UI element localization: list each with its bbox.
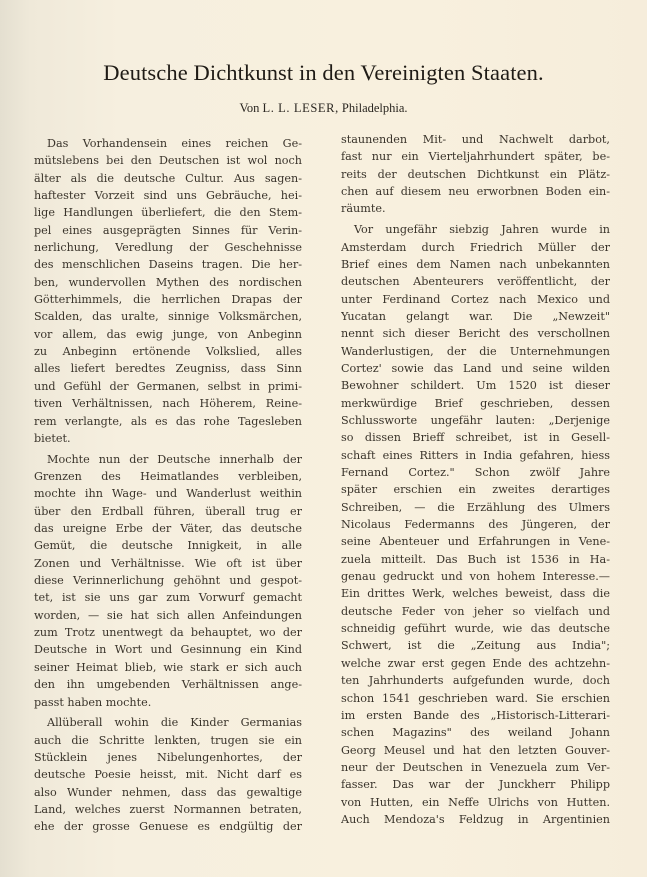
text-line: worden, — sie hat sich allen Anfeindunge…: [34, 607, 302, 624]
text-line: von Hutten, ein Neffe Ulrichs von Hutten…: [341, 794, 610, 811]
text-line: mütslebens bei den Deutschen ist wol noc…: [34, 152, 302, 169]
text-line: im ersten Bande des „Historisch-Litterar…: [341, 707, 610, 724]
text-line: seine Abenteuer und Erfahrungen in Vene-: [341, 533, 610, 550]
text-line: zum Trotz unentwegt da behauptet, wo der: [34, 624, 302, 641]
text-line: den ihn umgebenden Verhältnissen ange-: [34, 676, 302, 693]
text-line: später erschien ein zweites derartiges: [341, 481, 610, 498]
text-line: fast nur ein Vierteljahrhundert später, …: [341, 148, 610, 165]
text-line: genau gedruckt und von hohem Interesse.—: [341, 568, 610, 585]
text-line: ben, wundervollen Mythen des nordischen: [34, 274, 302, 291]
text-line: also Wunder nehmen, dass das gewaltige: [34, 784, 302, 801]
text-line: Cortez' sowie das Land und seine wilden: [341, 360, 610, 377]
text-line: schaft eines Ritters in India gefahren, …: [341, 447, 610, 464]
text-line: Yucatan gelangt war. Die „Newzeit": [341, 308, 610, 325]
text-line: lige Handlungen überliefert, die den Ste…: [34, 204, 302, 221]
text-line: merkwürdige Brief geschrieben, dessen: [341, 395, 610, 412]
text-line: so dissen Brieff schreibet, ist in Gesel…: [341, 429, 610, 446]
byline-author: L. L. LESER,: [263, 101, 339, 115]
text-line: haftester Vorzeit sind uns Gebräuche, he…: [34, 187, 302, 204]
text-line: nennt sich dieser Bericht des verscholln…: [341, 325, 610, 342]
right-column: staunenden Mit- und Nachwelt darbot,fast…: [341, 131, 610, 832]
text-line: Schwert, ist die „Zeitung aus India";: [341, 637, 610, 654]
text-line: Schlussworte ungefähr lauten: „Derjenige: [341, 412, 610, 429]
text-line: auch die Schritte lenkten, trugen sie ei…: [34, 732, 302, 749]
text-line: Vor ungefähr siebzig Jahren wurde in: [341, 221, 610, 238]
text-line: ten Jahrhunderts aufgefunden wurde, doch: [341, 672, 610, 689]
text-line: Amsterdam durch Friedrich Müller der: [341, 239, 610, 256]
paragraph: Das Vorhandensein eines reichen Ge-mütsl…: [34, 135, 302, 447]
byline: Von L. L. LESER, Philadelphia.: [0, 101, 647, 116]
text-line: Mochte nun der Deutsche innerhalb der: [34, 451, 302, 468]
text-line: neur der Deutschen in Venezuela zum Ver-: [341, 759, 610, 776]
text-line: räumte.: [341, 200, 610, 217]
text-line: Stücklein jenes Nibelungenhortes, der: [34, 749, 302, 766]
text-line: Das Vorhandensein eines reichen Ge-: [34, 135, 302, 152]
text-line: älter als die deutsche Cultur. Aus sagen…: [34, 170, 302, 187]
text-line: chen auf diesem neu erworbnen Boden ein-: [341, 183, 610, 200]
text-line: Gemüt, die deutsche Innigkeit, in alle: [34, 537, 302, 554]
text-line: rem verlangte, als es das rohe Tageslebe…: [34, 413, 302, 430]
text-line: Scalden, das uralte, sinnige Volksmärche…: [34, 308, 302, 325]
text-line: deutsche Poesie heisst, mit. Nicht darf …: [34, 766, 302, 783]
paragraph: Vor ungefähr siebzig Jahren wurde inAmst…: [341, 221, 610, 828]
text-line: Wanderlustigen, der die Unternehmungen: [341, 343, 610, 360]
text-line: Brief eines dem Namen nach unbekannten: [341, 256, 610, 273]
text-line: Nicolaus Federmanns des Jüngeren, der: [341, 516, 610, 533]
text-line: schen Magazins" des weiland Johann: [341, 724, 610, 741]
text-line: bietet.: [34, 430, 302, 447]
text-line: mochte ihn Wage- und Wanderlust weithin: [34, 485, 302, 502]
text-line: diese Verinnerlichung gehöhnt und gespot…: [34, 572, 302, 589]
text-line: Bewohner schildert. Um 1520 ist dieser: [341, 377, 610, 394]
text-line: schon 1541 geschrieben ward. Sie erschie…: [341, 690, 610, 707]
text-line: zuela mitteilt. Das Buch ist 1536 in Ha-: [341, 551, 610, 568]
text-line: Schreiben, — die Erzählung des Ulmers: [341, 499, 610, 516]
text-line: Land, welches zuerst Normannen betraten,: [34, 801, 302, 818]
scanned-page: Deutsche Dichtkunst in den Vereinigten S…: [0, 0, 647, 877]
text-line: Zonen und Verhältnisse. Wie oft ist über: [34, 555, 302, 572]
text-line: alles liefert beredtes Zeugniss, dass Si…: [34, 360, 302, 377]
text-line: staunenden Mit- und Nachwelt darbot,: [341, 131, 610, 148]
text-line: pel eines ausgeprägten Sinnes für Verin-: [34, 222, 302, 239]
text-line: Allüberall wohin die Kinder Germanias: [34, 714, 302, 731]
text-line: welche zwar erst gegen Ende des achtzehn…: [341, 655, 610, 672]
text-line: zu Anbeginn ertönende Volkslied, alles: [34, 343, 302, 360]
text-line: deutschen Abenteurers veröffentlicht, de…: [341, 273, 610, 290]
text-line: das ureigne Erbe der Väter, das deutsche: [34, 520, 302, 537]
text-line: Götterhimmels, die herrlichen Drapas der: [34, 291, 302, 308]
text-line: seiner Heimat blieb, wie stark er sich a…: [34, 659, 302, 676]
text-line: und Gefühl der Germanen, selbst in primi…: [34, 378, 302, 395]
byline-prefix: Von: [239, 101, 259, 115]
text-line: tet, ist sie uns gar zum Vorwurf gemacht: [34, 589, 302, 606]
text-line: Deutsche in Wort und Gesinnung ein Kind: [34, 641, 302, 658]
text-line: fasser. Das war der Junckherr Philipp: [341, 776, 610, 793]
text-line: Ein drittes Werk, welches beweist, dass …: [341, 585, 610, 602]
text-line: reits der deutschen Dichtkunst ein Plätz…: [341, 166, 610, 183]
text-line: vor allem, das ewig junge, von Anbeginn: [34, 326, 302, 343]
text-line: deutsche Feder von jeher so vielfach und: [341, 603, 610, 620]
left-column: Das Vorhandensein eines reichen Ge-mütsl…: [34, 135, 302, 839]
text-line: des menschlichen Daseins tragen. Die her…: [34, 256, 302, 273]
paragraph: staunenden Mit- und Nachwelt darbot,fast…: [341, 131, 610, 218]
article-title: Deutsche Dichtkunst in den Vereinigten S…: [0, 60, 647, 86]
text-line: ehe der grosse Genuese es endgültig der: [34, 818, 302, 835]
paragraph: Allüberall wohin die Kinder Germaniasauc…: [34, 714, 302, 835]
text-line: unter Ferdinand Cortez nach Mexico und: [341, 291, 610, 308]
text-line: Auch Mendoza's Feldzug in Argentinien: [341, 811, 610, 828]
text-line: nerlichung, Veredlung der Geschehnisse: [34, 239, 302, 256]
text-line: schneidig geführt wurde, wie das deutsch…: [341, 620, 610, 637]
text-line: über den Erdball führen, überall trug er: [34, 503, 302, 520]
byline-place: Philadelphia.: [342, 101, 408, 115]
text-line: Fernand Cortez." Schon zwölf Jahre: [341, 464, 610, 481]
text-line: passt haben mochte.: [34, 694, 302, 711]
text-line: Grenzen des Heimatlandes verbleiben,: [34, 468, 302, 485]
text-line: tiven Verhältnissen, nach Höherem, Reine…: [34, 395, 302, 412]
text-line: Georg Meusel und hat den letzten Gouver-: [341, 742, 610, 759]
paragraph: Mochte nun der Deutsche innerhalb derGre…: [34, 451, 302, 711]
